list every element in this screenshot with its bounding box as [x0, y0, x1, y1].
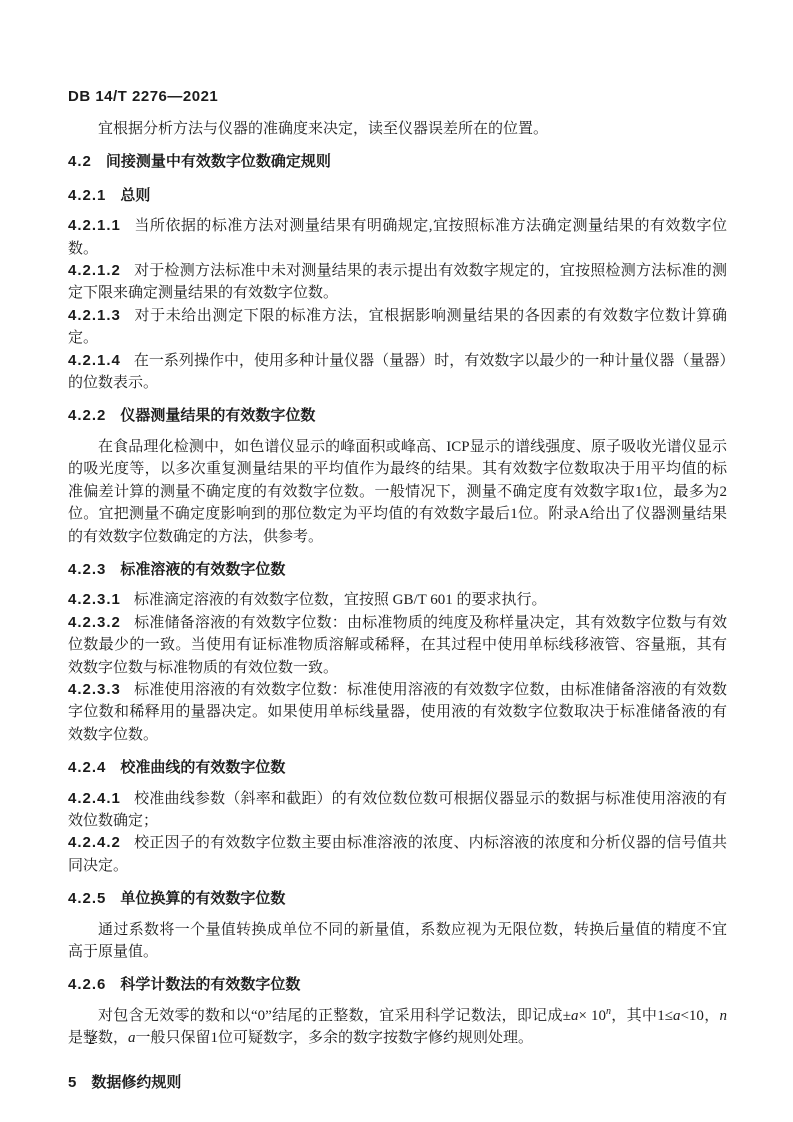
clause-number: 4.2.1.3 — [68, 307, 121, 324]
clause-number: 4.2.4.1 — [68, 790, 121, 807]
heading-number: 4.2.4 — [68, 759, 106, 776]
clause-4-2-4-2: 4.2.4.2校正因子的有效数字位数主要由标准溶液的浓度、内标溶液的浓度和分析仪… — [68, 832, 727, 877]
heading-number: 5 — [68, 1074, 77, 1091]
heading-title: 单位换算的有效数字位数 — [120, 890, 285, 907]
clause-number: 4.2.3.3 — [68, 681, 121, 698]
intro-paragraph: 宜根据分析方法与仪器的准确度来决定，读至仪器误差所在的位置。 — [68, 118, 727, 140]
clause-4-2-3-3: 4.2.3.3标准使用溶液的有效数字位数：标准使用溶液的有效数字位数，由标准储备… — [68, 679, 727, 746]
clause-4-2-4-1: 4.2.4.1校准曲线参数（斜率和截距）的有效位数位数可根据仪器显示的数据与标准… — [68, 788, 727, 833]
clause-number: 4.2.1.4 — [68, 352, 121, 369]
heading-4-2-6: 4.2.6科学计数法的有效数字位数 — [68, 974, 727, 996]
clause-text: 对于检测方法标准中未对测量结果的表示提出有效数字规定的，宜按照检测方法标准的测定… — [68, 263, 727, 301]
heading-title: 总则 — [120, 187, 150, 204]
heading-4-2-3: 4.2.3标准溶液的有效数字位数 — [68, 559, 727, 581]
heading-title: 数据修约规则 — [91, 1074, 181, 1091]
document-body: 宜根据分析方法与仪器的准确度来决定，读至仪器误差所在的位置。 4.2间接测量中有… — [68, 118, 727, 1102]
heading-title: 校准曲线的有效数字位数 — [120, 759, 285, 776]
sci-text: 一般只保留1位可疑数字，多余的数字按数字修约规则处理。 — [136, 1030, 534, 1046]
clause-text: 标准储备溶液的有效数字位数：由标准物质的纯度及称样量决定，其有效数字位数与有效位… — [68, 615, 727, 676]
sci-text: 对包含无效零的数和以“0”结尾的正整数，宜采用科学记数法，即记成± — [98, 1008, 571, 1024]
clause-text: 在一系列操作中，使用多种计量仪器（量器）时，有效数字以最少的一种计量仪器（量器）… — [68, 353, 727, 391]
clause-number: 4.2.3.2 — [68, 614, 121, 631]
sci-text: × 10 — [578, 1008, 606, 1024]
clause-text: 标准滴定溶液的有效数字位数，宜按照 GB/T 601 的要求执行。 — [134, 592, 547, 608]
clause-4-2-1-2: 4.2.1.2对于检测方法标准中未对测量结果的表示提出有效数字规定的，宜按照检测… — [68, 260, 727, 305]
paragraph-4-2-6-scientific-notation: 对包含无效零的数和以“0”结尾的正整数，宜采用科学记数法，即记成±a× 10n，… — [68, 1005, 727, 1050]
heading-number: 4.2.5 — [68, 890, 106, 907]
clause-text: 当所依据的标准方法对测量结果有明确规定,宜按照标准方法确定测量结果的有效数字位数… — [68, 218, 727, 256]
sci-variable-a: a — [128, 1030, 136, 1046]
clause-4-2-3-1: 4.2.3.1标准滴定溶液的有效数字位数，宜按照 GB/T 601 的要求执行。 — [68, 589, 727, 611]
clause-4-2-1-3: 4.2.1.3对于未给出测定下限的标准方法，宜根据影响测量结果的各因素的有效数字… — [68, 305, 727, 350]
paragraph-4-2-2: 在食品理化检测中，如色谱仪显示的峰面积或峰高、ICP显示的谱线强度、原子吸收光谱… — [68, 436, 727, 548]
clause-number: 4.2.3.1 — [68, 591, 121, 608]
heading-title: 仪器测量结果的有效数字位数 — [120, 407, 315, 424]
heading-number: 4.2.6 — [68, 976, 106, 993]
heading-number: 4.2.1 — [68, 187, 106, 204]
clause-4-2-1-4: 4.2.1.4在一系列操作中，使用多种计量仪器（量器）时，有效数字以最少的一种计… — [68, 350, 727, 395]
clause-4-2-1-1: 4.2.1.1当所依据的标准方法对测量结果有明确规定,宜按照标准方法确定测量结果… — [68, 215, 727, 260]
heading-5: 5数据修约规则 — [68, 1072, 727, 1094]
clause-number: 4.2.4.2 — [68, 834, 121, 851]
clause-number: 4.2.1.1 — [68, 217, 121, 234]
page-number: 2 — [88, 1030, 95, 1052]
sci-text: <10， — [680, 1008, 719, 1024]
sci-text: 是整数， — [68, 1030, 128, 1046]
heading-4-2-2: 4.2.2仪器测量结果的有效数字位数 — [68, 405, 727, 427]
clause-text: 校准曲线参数（斜率和截距）的有效位数位数可根据仪器显示的数据与标准使用溶液的有效… — [68, 791, 727, 829]
clause-text: 校正因子的有效数字位数主要由标准溶液的浓度、内标溶液的浓度和分析仪器的信号值共同… — [68, 835, 727, 873]
heading-4-2-4: 4.2.4校准曲线的有效数字位数 — [68, 757, 727, 779]
clause-text: 标准使用溶液的有效数字位数：标准使用溶液的有效数字位数，由标准储备溶液的有效数字… — [68, 682, 727, 743]
heading-title: 标准溶液的有效数字位数 — [120, 561, 285, 578]
heading-number: 4.2 — [68, 153, 92, 170]
paragraph-4-2-5: 通过系数将一个量值转换成单位不同的新量值，系数应视为无限位数，转换后量值的精度不… — [68, 919, 727, 964]
sci-text: ，其中1≤ — [611, 1008, 673, 1024]
clause-text: 对于未给出测定下限的标准方法，宜根据影响测量结果的各因素的有效数字位数计算确定。 — [68, 308, 727, 346]
heading-4-2-1: 4.2.1总则 — [68, 185, 727, 207]
heading-title: 科学计数法的有效数字位数 — [120, 976, 300, 993]
heading-title: 间接测量中有效数字位数确定规则 — [106, 153, 331, 170]
page-header: DB 14/T 2276—2021 — [68, 86, 218, 108]
heading-4-2-5: 4.2.5单位换算的有效数字位数 — [68, 888, 727, 910]
heading-number: 4.2.3 — [68, 561, 106, 578]
heading-4-2: 4.2间接测量中有效数字位数确定规则 — [68, 151, 727, 173]
document-page: DB 14/T 2276—2021 宜根据分析方法与仪器的准确度来决定，读至仪器… — [0, 0, 793, 1122]
clause-4-2-3-2: 4.2.3.2标准储备溶液的有效数字位数：由标准物质的纯度及称样量决定，其有效数… — [68, 612, 727, 679]
heading-number: 4.2.2 — [68, 407, 106, 424]
clause-number: 4.2.1.2 — [68, 262, 121, 279]
sci-variable-n: n — [720, 1008, 728, 1024]
